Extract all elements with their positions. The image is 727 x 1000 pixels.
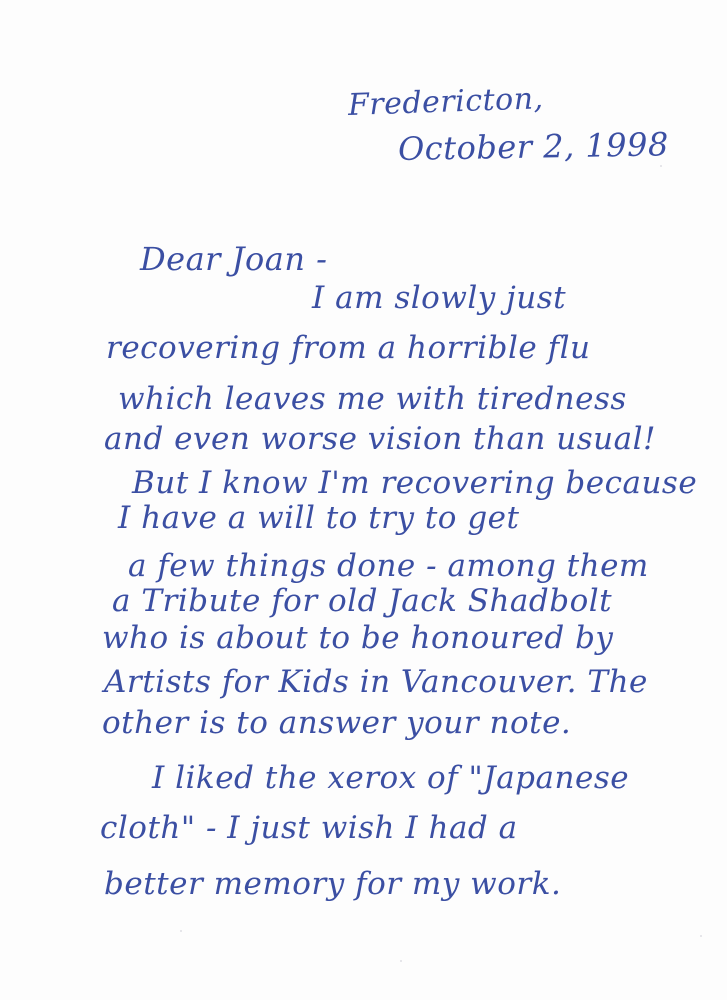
letter-line: who is about to be honoured by [102, 620, 613, 656]
paper-speck [180, 930, 182, 932]
letter-line: I have a will to try to get [118, 500, 519, 536]
letter-line: recovering from a horrible flu [106, 330, 590, 366]
letter-line: a few things done - among them [128, 548, 649, 584]
letter-line: other is to answer your note. [102, 705, 571, 741]
letter-line: But I know I'm recovering because [132, 465, 697, 501]
letter-line: I am slowly just [312, 280, 566, 316]
letter-line: a Tribute for old Jack Shadbolt [112, 583, 612, 619]
letter-line: which leaves me with tiredness [118, 381, 627, 417]
letter-line: cloth" - I just wish I had a [100, 810, 518, 846]
paper-speck [700, 935, 702, 937]
letter-line: better memory for my work. [104, 866, 561, 902]
letter-page: Fredericton, October 2, 1998 Dear Joan -… [0, 0, 727, 1000]
letter-place: Fredericton, [347, 81, 544, 123]
letter-line: Artists for Kids in Vancouver. The [104, 664, 648, 700]
letter-line: and even worse vision than usual! [104, 421, 656, 457]
paper-speck [660, 165, 662, 167]
letter-date: October 2, 1998 [398, 125, 669, 168]
paper-speck [400, 960, 402, 962]
letter-salutation: Dear Joan - [140, 240, 327, 278]
letter-line: I liked the xerox of "Japanese [152, 760, 629, 796]
